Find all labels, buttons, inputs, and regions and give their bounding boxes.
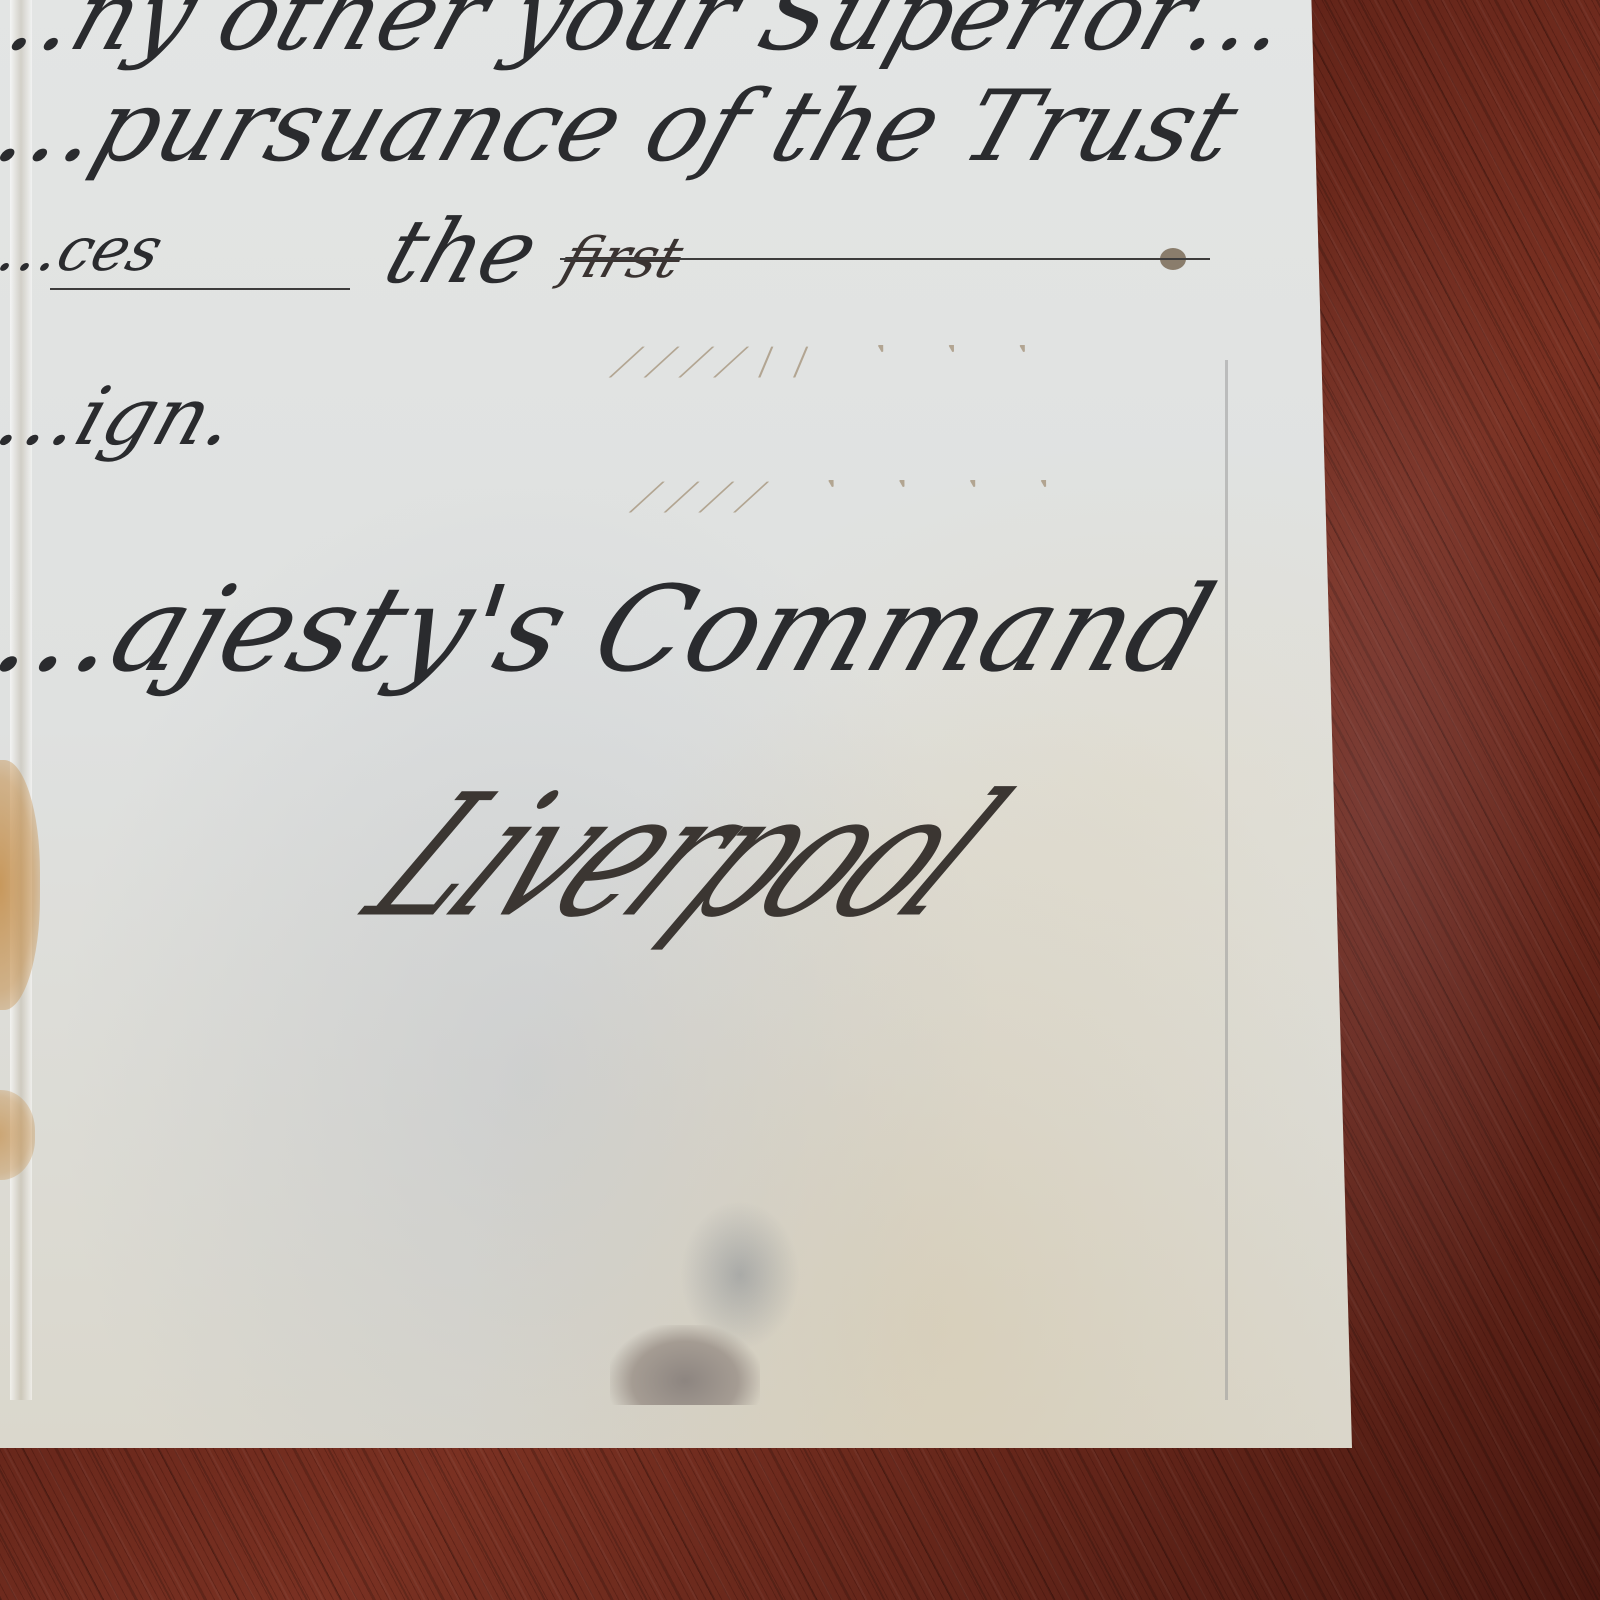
blank-rule-2 xyxy=(560,258,1210,260)
script-line-5: …ajesty's Command xyxy=(0,560,1229,698)
paper-fold-left xyxy=(10,0,32,1400)
offset-ink-marks: ////\\ ` ` ` xyxy=(605,335,1057,388)
foxing-stain xyxy=(0,760,40,1010)
document-paper: ////\\ ` ` ` //// ` ` ` ` xyxy=(0,0,1352,1448)
blank-rule-1 xyxy=(50,288,350,290)
script-line-1: …ny other your Superior… xyxy=(0,0,1305,72)
offset-ink-marks: //// ` ` ` ` xyxy=(625,470,1078,523)
paper-fold-right xyxy=(1225,360,1228,1400)
script-line-2: …pursuance of the Trust xyxy=(0,70,1251,184)
script-line-4: …ign. xyxy=(0,370,249,463)
script-line-3-left: …ces xyxy=(0,215,171,285)
paper-tear xyxy=(610,1325,760,1405)
